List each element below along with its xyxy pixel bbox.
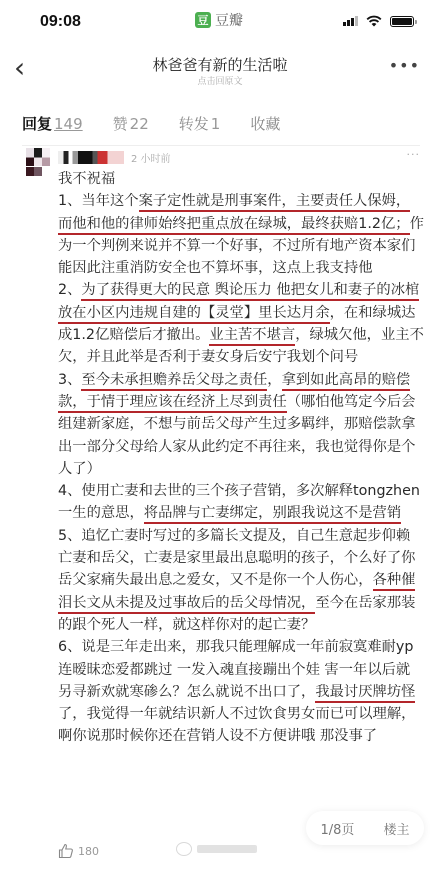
text-span: 2、 <box>58 282 81 298</box>
text-span: ， <box>267 372 281 388</box>
tab-label: 赞 <box>113 115 128 133</box>
op-only-filter-button[interactable]: 楼主 <box>383 819 409 838</box>
tab-count: 22 <box>130 115 149 133</box>
weibo-icon <box>176 842 192 856</box>
comment-point-3: 3、至今未承担赡养岳父母之责任，拿到如此高昂的赔偿款，于情于理应该在经济上尽到责… <box>58 369 424 480</box>
text-span: 3、 <box>58 372 81 388</box>
status-time: 09:08 <box>40 13 81 31</box>
tab-reshares[interactable]: 转发1 <box>179 113 221 134</box>
tab-label: 收藏 <box>250 115 280 133</box>
thumbs-up-icon <box>58 843 74 859</box>
divider <box>22 145 420 146</box>
wifi-icon <box>366 15 382 27</box>
comment-body: 我不祝福 1、当年这个案子定性就是刑事案件，主要责任人保姆，而他和他的律师始终把… <box>58 168 424 748</box>
avatar[interactable] <box>26 148 50 176</box>
comment-point-2: 2、为了获得更大的民意 舆论压力 他把女儿和妻子的冰棺放在小区内违规自建的【灵堂… <box>58 279 424 368</box>
tab-collections[interactable]: 收藏 <box>250 113 280 134</box>
page-indicator-button[interactable]: 1/8页 <box>321 819 355 838</box>
tab-label: 转发 <box>179 115 209 133</box>
tab-bar: 回复149 赞22 转发1 收藏 <box>22 113 310 134</box>
comment-more-button[interactable]: ··· <box>407 148 421 161</box>
text-span: 1、当年这个 <box>58 193 139 209</box>
underlined-text: 将品牌与亡妻绑定，别跟我说这不是营销 <box>144 505 401 524</box>
more-options-button[interactable]: ••• <box>389 56 420 75</box>
app-badge: 豆 豆瓣 <box>195 10 243 30</box>
text-span: 5、追忆亡妻时写过的多篇长文提及，自己生意起步仰赖亡妻和岳父，亡妻是家里最出息聪… <box>58 528 415 589</box>
tab-replies[interactable]: 回复149 <box>22 113 83 134</box>
comment-point-4: 4、使用亡妻和去世的三个孩子营销，多次解释tongzhen一生的意思，将品牌与亡… <box>58 480 424 525</box>
tab-count: 1 <box>211 115 221 133</box>
cellular-signal-icon <box>343 16 358 26</box>
comment-point-6: 6、说是三年走出来，那我只能理解成一年前寂寞难耐yp连暧昧恋爱都跳过 一发入魂直… <box>58 636 424 747</box>
like-button[interactable]: 180 <box>58 843 99 859</box>
text-span: 了，我觉得一年就结识新人不过饮食男女而已可以理解，啊你说那时候你还在营销人设不方… <box>58 706 415 744</box>
page-title: 林爸爸有新的生活啦 <box>0 54 440 75</box>
tab-likes[interactable]: 赞22 <box>113 113 149 134</box>
nav-header: ‹ 林爸爸有新的生活啦 点击回原文 ••• <box>0 40 440 100</box>
watermark-text-redacted <box>197 845 257 853</box>
status-bar: 09:08 豆 豆瓣 <box>0 0 440 40</box>
tab-label: 回复 <box>22 115 52 133</box>
comment-timestamp: 2 小时前 <box>131 150 171 165</box>
app-name: 豆瓣 <box>215 10 243 30</box>
weibo-watermark <box>176 842 257 856</box>
username-redacted[interactable] <box>58 151 124 164</box>
comment-point-5: 5、追忆亡妻时写过的多篇长文提及，自己生意起步仰赖亡妻和岳父，亡妻是家里最出息聪… <box>58 525 424 636</box>
comment-point-1: 1、当年这个案子定性就是刑事案件，主要责任人保姆，而他和他的律师始终把重点放在绿… <box>58 190 424 279</box>
tab-count: 149 <box>54 115 83 133</box>
back-to-original-link[interactable]: 点击回原文 <box>0 74 440 87</box>
douban-logo-icon: 豆 <box>195 12 211 28</box>
like-count: 180 <box>78 845 99 858</box>
comment-opening: 我不祝福 <box>58 168 424 190</box>
status-icons <box>343 15 414 27</box>
battery-icon <box>390 16 414 27</box>
underlined-text: 至今未承担赡养岳父母之责任 <box>81 372 267 391</box>
underlined-text: 业主苦不堪言 <box>209 327 295 346</box>
pagination-pill: 1/8页 楼主 <box>306 811 424 845</box>
underlined-text: 我最讨厌牌坊怪 <box>315 684 415 703</box>
